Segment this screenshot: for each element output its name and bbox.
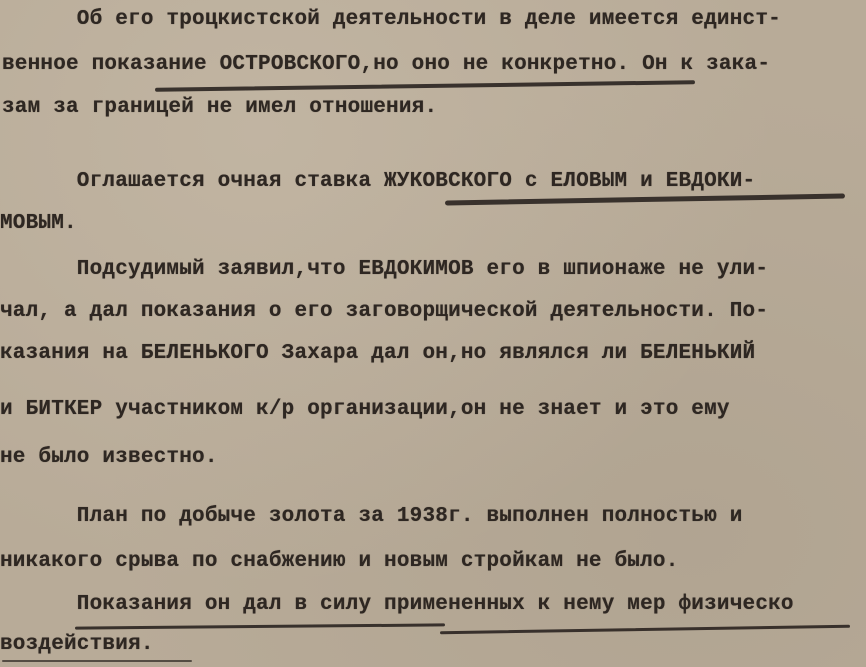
text-line: МОВЫМ. bbox=[0, 212, 77, 235]
handwritten-underline bbox=[155, 80, 695, 92]
text-line: никакого срыва по снабжению и новым стро… bbox=[0, 550, 679, 573]
text-line: воздействия. bbox=[0, 633, 154, 656]
text-line: казания на БЕЛЕНЬКОГО Захара дал он,но я… bbox=[0, 342, 755, 365]
text-line: венное показание ОСТРОВСКОГО,но оно не к… bbox=[2, 53, 770, 76]
text-line: Показания он дал в силу примененных к не… bbox=[0, 593, 794, 616]
text-line: и БИТКЕР участником к/р организации,он н… bbox=[0, 398, 730, 421]
text-line: Оглашается очная ставка ЖУКОВСКОГО с ЕЛО… bbox=[0, 170, 755, 193]
text-line: не было известно. bbox=[0, 446, 218, 469]
handwritten-underline bbox=[440, 625, 850, 634]
text-line: Об его троцкистской деятельности в деле … bbox=[0, 8, 781, 31]
handwritten-underline bbox=[75, 623, 445, 629]
handwritten-underline bbox=[2, 660, 192, 662]
handwritten-underline bbox=[445, 194, 845, 206]
text-line: чал, а дал показания о его заговорщическ… bbox=[0, 300, 768, 323]
typewritten-page: Об его троцкистской деятельности в деле … bbox=[0, 0, 866, 667]
text-line: Подсудимый заявил,что ЕВДОКИМОВ его в шп… bbox=[0, 258, 768, 281]
text-line: зам за границей не имел отношения. bbox=[2, 96, 437, 119]
text-line: План по добыче золота за 1938г. выполнен… bbox=[0, 505, 743, 528]
